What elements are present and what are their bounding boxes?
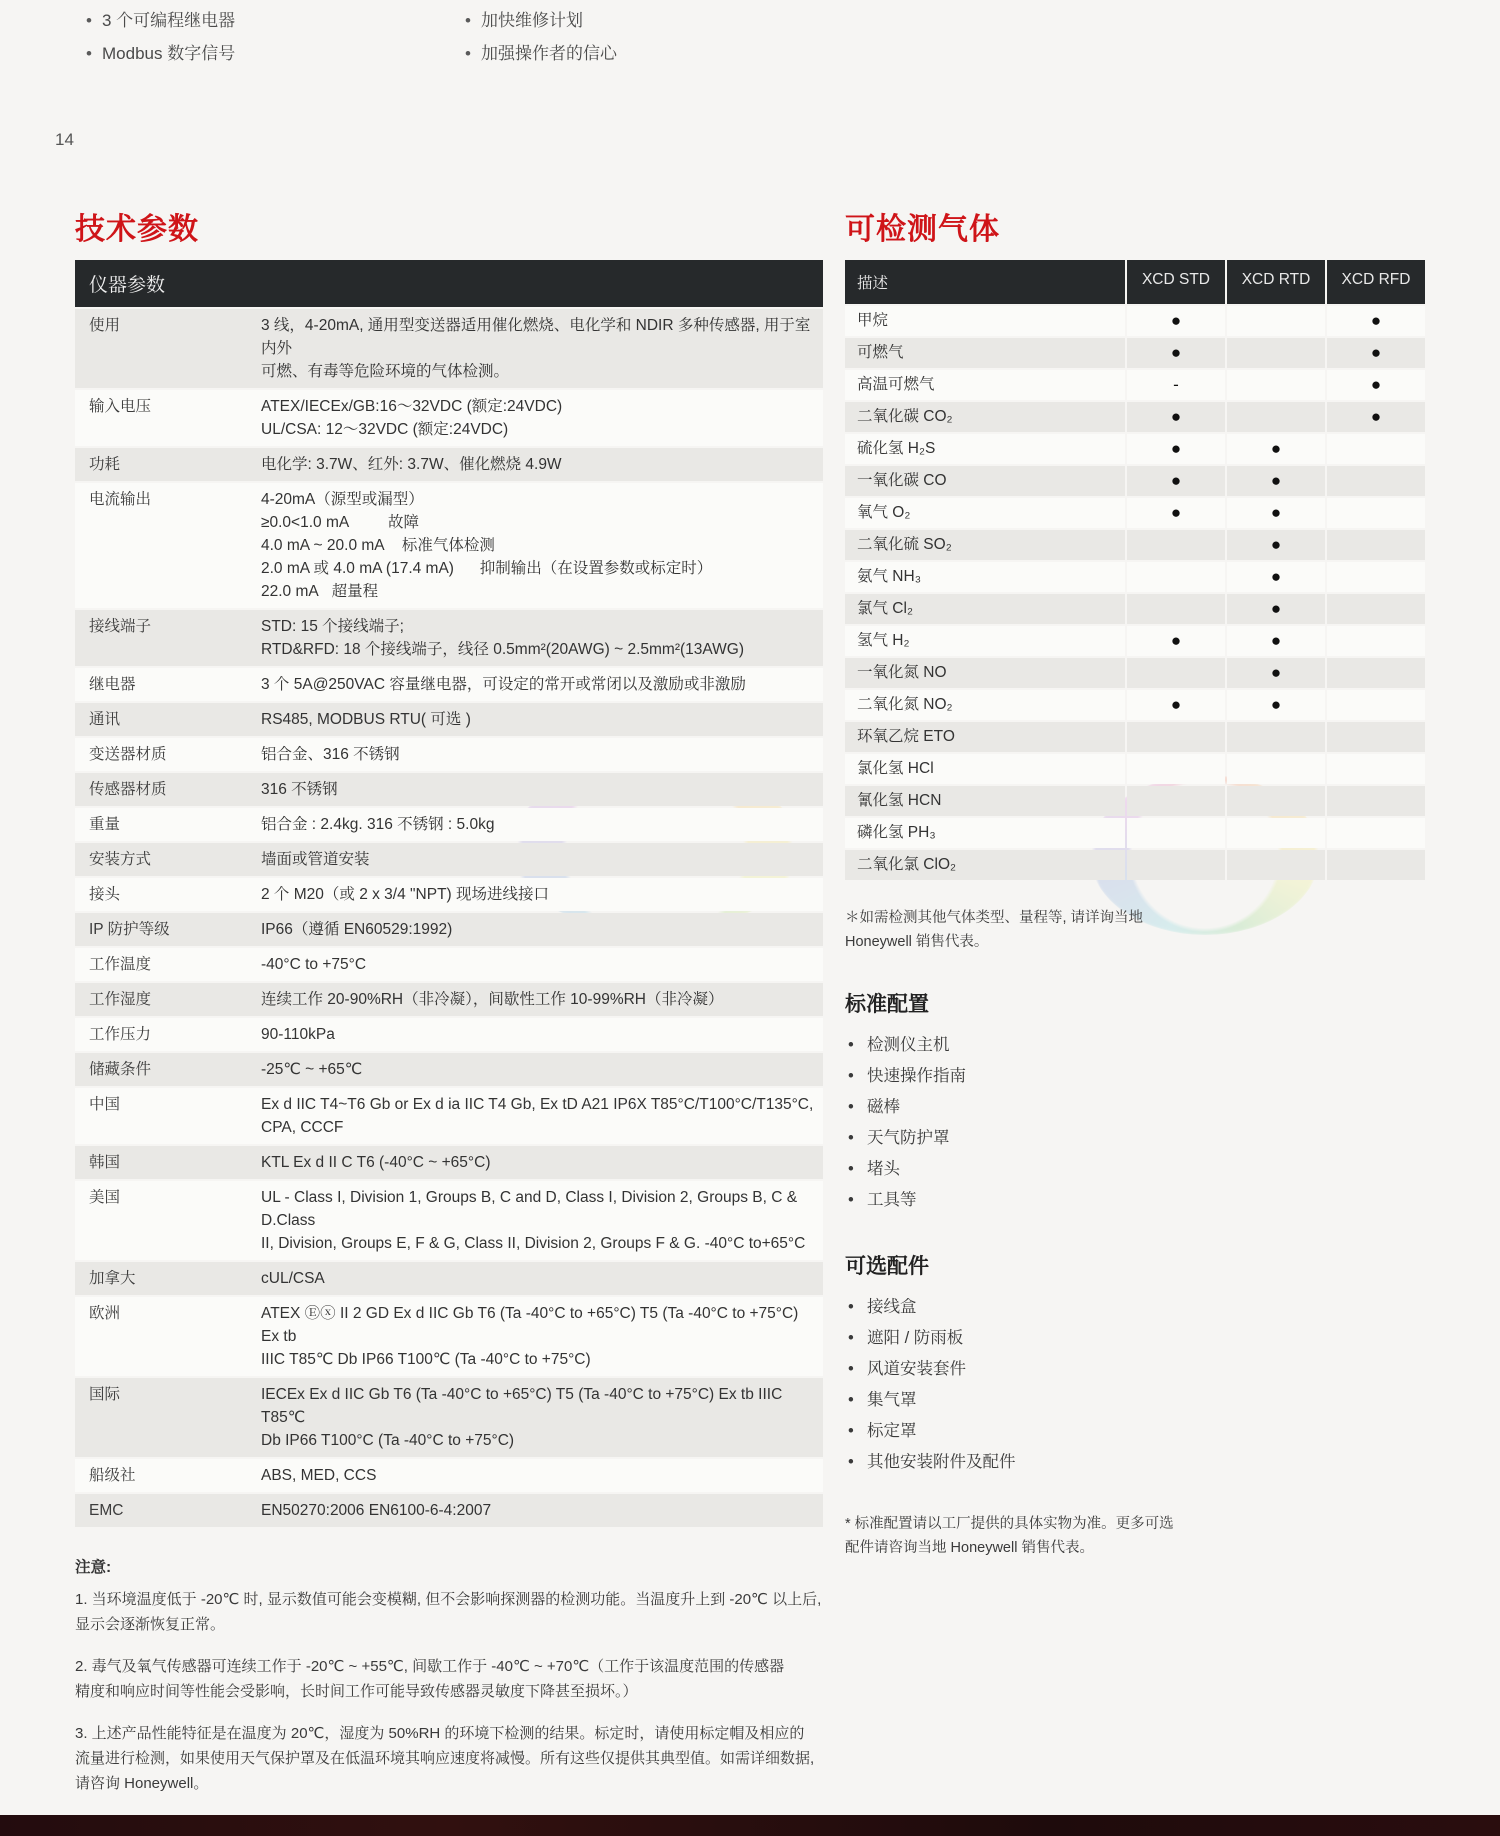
- parameter-value: IP66（遵循 EN60529:1992): [261, 913, 823, 946]
- parameter-value: 连续工作 20-90%RH（非冷凝），间歇性工作 10-99%RH（非冷凝）: [261, 983, 823, 1016]
- standard-config-list: 检测仪主机快速操作指南磁棒天气防护罩堵头工具等: [845, 1030, 1425, 1216]
- parameter-label: 功耗: [75, 448, 261, 481]
- optional-accessory-item: 接线盒: [845, 1292, 1425, 1323]
- gas-name: 一氧化碳 CO: [845, 466, 1125, 496]
- gas-xcd-rfd-mark: [1327, 690, 1425, 720]
- parameter-value: -25℃ ~ +65℃: [261, 1053, 823, 1086]
- gas-xcd-rtd-mark: ●: [1227, 530, 1325, 560]
- parameter-value: 2 个 M20（或 2 x 3/4 "NPT) 现场进线接口: [261, 878, 823, 911]
- parameter-label: IP 防护等级: [75, 913, 261, 946]
- gas-xcd-rfd-mark: [1327, 722, 1425, 752]
- parameter-value: 90-110kPa: [261, 1018, 823, 1051]
- parameter-value: RS485, MODBUS RTU( 可选 ): [261, 703, 823, 736]
- gas-xcd-rfd-mark: ●: [1327, 306, 1425, 336]
- table-row: 通讯 RS485, MODBUS RTU( 可选 ): [75, 703, 823, 736]
- gas-name: 氯气 Cl₂: [845, 594, 1125, 624]
- standard-config-item: 堵头: [845, 1154, 1425, 1185]
- parameter-label: 传感器材质: [75, 773, 261, 806]
- table-row: 工作压力 90-110kPa: [75, 1018, 823, 1051]
- table-row: 安装方式 墙面或管道安装: [75, 843, 823, 876]
- gas-row: 二氧化氯 ClO₂: [845, 850, 1425, 880]
- table-row: 变送器材质 铝合金、316 不锈钢: [75, 738, 823, 771]
- parameter-label: 安装方式: [75, 843, 261, 876]
- gas-xcd-std-mark: ●: [1127, 498, 1225, 528]
- gas-xcd-rfd-mark: [1327, 626, 1425, 656]
- parameter-value: UL - Class I, Division 1, Groups B, C an…: [261, 1181, 823, 1260]
- feature-item: 加强操作者的信心: [463, 37, 617, 70]
- gas-name: 二氧化氯 ClO₂: [845, 850, 1125, 880]
- parameter-label: 工作温度: [75, 948, 261, 981]
- gas-row: 氯气 Cl₂ ●: [845, 594, 1425, 624]
- table-row: 传感器材质 316 不锈钢: [75, 773, 823, 806]
- gas-xcd-std-mark: [1127, 658, 1225, 688]
- gas-xcd-std-mark: [1127, 754, 1225, 784]
- gas-name: 一氧化氮 NO: [845, 658, 1125, 688]
- notes-section: 注意: 1. 当环境温度低于 -20℃ 时, 显示数值可能会变模糊, 但不会影响…: [75, 1555, 837, 1796]
- column-header-xcd-std: XCD STD: [1127, 260, 1225, 304]
- gas-name: 高温可燃气: [845, 370, 1125, 400]
- parameter-label: 欧洲: [75, 1297, 261, 1376]
- standard-config-item: 磁棒: [845, 1092, 1425, 1123]
- gas-xcd-rtd-mark: [1227, 306, 1325, 336]
- parameter-value: ATEX Ⓔⓧ II 2 GD Ex d IIC Gb T6 (Ta -40°C…: [261, 1297, 823, 1376]
- gas-xcd-std-mark: ●: [1127, 626, 1225, 656]
- parameter-value: cUL/CSA: [261, 1262, 823, 1295]
- gases-footnote: ＊如需检测其他气体类型、量程等, 请详询当地 Honeywell 销售代表。: [845, 906, 1425, 954]
- detectable-gases-section: 可检测气体 描述 XCD STD XCD RTD XCD RFD 甲烷 ● ● …: [845, 204, 1425, 1560]
- gases-table-header: 描述 XCD STD XCD RTD XCD RFD: [845, 260, 1425, 304]
- gas-xcd-rtd-mark: ●: [1227, 562, 1325, 592]
- gases-table: 描述 XCD STD XCD RTD XCD RFD 甲烷 ● ● 可燃气 ● …: [845, 260, 1425, 880]
- parameter-value: 316 不锈钢: [261, 773, 823, 806]
- optional-accessories-title: 可选配件: [845, 1250, 1425, 1280]
- gas-xcd-std-mark: ●: [1127, 306, 1225, 336]
- gas-name: 氢气 H₂: [845, 626, 1125, 656]
- parameter-value: 4-20mA（源型或漏型） ≥0.0<1.0 mA 故障 4.0 mA ~ 20…: [261, 483, 823, 608]
- standard-config-item: 天气防护罩: [845, 1123, 1425, 1154]
- gas-xcd-rfd-mark: [1327, 498, 1425, 528]
- parameter-label: 工作湿度: [75, 983, 261, 1016]
- parameter-value: KTL Ex d II C T6 (-40°C ~ +65°C): [261, 1146, 823, 1179]
- gas-row: 氰化氢 HCN: [845, 786, 1425, 816]
- column-header-xcd-rtd: XCD RTD: [1227, 260, 1325, 304]
- gas-row: 氧气 O₂ ● ●: [845, 498, 1425, 528]
- parameter-value: 铝合金、316 不锈钢: [261, 738, 823, 771]
- parameter-value: Ex d IIC T4~T6 Gb or Ex d ia IIC T4 Gb, …: [261, 1088, 823, 1144]
- gas-row: 可燃气 ● ●: [845, 338, 1425, 368]
- gas-name: 氧气 O₂: [845, 498, 1125, 528]
- gas-xcd-std-mark: [1127, 594, 1225, 624]
- gas-name: 甲烷: [845, 306, 1125, 336]
- gas-name: 环氧乙烷 ETO: [845, 722, 1125, 752]
- parameter-label: 储藏条件: [75, 1053, 261, 1086]
- feature-list-right: 加快维修计划加强操作者的信心: [463, 4, 617, 70]
- gas-xcd-rtd-mark: ●: [1227, 626, 1325, 656]
- parameter-value: STD: 15 个接线端子; RTD&RFD: 18 个接线端子，线径 0.5m…: [261, 610, 823, 666]
- parameter-value: 铝合金 : 2.4kg. 316 不锈钢 : 5.0kg: [261, 808, 823, 841]
- note-1: 1. 当环境温度低于 -20℃ 时, 显示数值可能会变模糊, 但不会影响探测器的…: [75, 1587, 837, 1637]
- gas-xcd-std-mark: ●: [1127, 338, 1225, 368]
- parameter-label: 电流输出: [75, 483, 261, 608]
- gas-row: 二氧化氮 NO₂ ● ●: [845, 690, 1425, 720]
- gas-xcd-std-mark: ●: [1127, 466, 1225, 496]
- technical-parameters-title: 技术参数: [75, 204, 823, 248]
- gas-xcd-rtd-mark: ●: [1227, 658, 1325, 688]
- column-header-xcd-rfd: XCD RFD: [1327, 260, 1425, 304]
- table-row: 欧洲 ATEX Ⓔⓧ II 2 GD Ex d IIC Gb T6 (Ta -4…: [75, 1297, 823, 1376]
- parameter-label: 输入电压: [75, 390, 261, 446]
- gas-name: 可燃气: [845, 338, 1125, 368]
- note-2: 2. 毒气及氧气传感器可连续工作于 -20℃ ~ +55℃, 间歇工作于 -40…: [75, 1654, 837, 1704]
- gas-xcd-rfd-mark: [1327, 562, 1425, 592]
- parameter-label: 使用: [75, 309, 261, 388]
- gas-xcd-rfd-mark: [1327, 466, 1425, 496]
- gas-xcd-rtd-mark: ●: [1227, 434, 1325, 464]
- gas-xcd-std-mark: [1127, 562, 1225, 592]
- parameter-label: 美国: [75, 1181, 261, 1260]
- feature-list-left: 3 个可编程继电器Modbus 数字信号: [84, 4, 235, 70]
- gas-name: 硫化氢 H₂S: [845, 434, 1125, 464]
- gas-row: 硫化氢 H₂S ● ●: [845, 434, 1425, 464]
- gas-xcd-rtd-mark: [1227, 786, 1325, 816]
- gas-xcd-std-mark: ●: [1127, 402, 1225, 432]
- gas-row: 氢气 H₂ ● ●: [845, 626, 1425, 656]
- gas-xcd-rtd-mark: [1227, 754, 1325, 784]
- gas-xcd-rtd-mark: [1227, 850, 1325, 880]
- gas-xcd-rfd-mark: [1327, 530, 1425, 560]
- gas-name: 氨气 NH₃: [845, 562, 1125, 592]
- gas-xcd-rtd-mark: ●: [1227, 498, 1325, 528]
- parameter-label: 通讯: [75, 703, 261, 736]
- gas-xcd-rtd-mark: [1227, 402, 1325, 432]
- notes-title: 注意:: [75, 1555, 837, 1577]
- standard-config-title: 标准配置: [845, 988, 1425, 1018]
- parameter-value: ATEX/IECEx/GB:16～32VDC (额定:24VDC) UL/CSA…: [261, 390, 823, 446]
- gas-xcd-rfd-mark: [1327, 786, 1425, 816]
- gas-xcd-std-mark: [1127, 530, 1225, 560]
- parameter-value: 3 个 5A@250VAC 容量继电器，可设定的常开或常闭以及激励或非激励: [261, 668, 823, 701]
- gas-row: 一氧化氮 NO ●: [845, 658, 1425, 688]
- gas-xcd-std-mark: [1127, 786, 1225, 816]
- gas-name: 二氧化碳 CO₂: [845, 402, 1125, 432]
- instrument-parameters-table: 仪器参数 使用 3 线，4-20mA, 通用型变送器适用催化燃烧、电化学和 ND…: [75, 260, 823, 1527]
- feature-item: 3 个可编程继电器: [84, 4, 235, 37]
- optional-accessories-section: 可选配件 接线盒遮阳 / 防雨板风道安装套件集气罩标定罩其他安装附件及配件 * …: [845, 1250, 1425, 1560]
- parameter-label: 中国: [75, 1088, 261, 1144]
- detectable-gases-title: 可检测气体: [845, 204, 1425, 248]
- gas-row: 二氧化碳 CO₂ ● ●: [845, 402, 1425, 432]
- table-row: 船级社 ABS, MED, CCS: [75, 1459, 823, 1492]
- parameter-label: 接线端子: [75, 610, 261, 666]
- parameter-value: 电化学: 3.7W、红外: 3.7W、催化燃烧 4.9W: [261, 448, 823, 481]
- optional-accessory-item: 遮阳 / 防雨板: [845, 1323, 1425, 1354]
- gas-xcd-rfd-mark: ●: [1327, 402, 1425, 432]
- gas-xcd-std-mark: [1127, 722, 1225, 752]
- gas-xcd-rfd-mark: ●: [1327, 338, 1425, 368]
- gas-xcd-rfd-mark: ●: [1327, 370, 1425, 400]
- table-row: 加拿大 cUL/CSA: [75, 1262, 823, 1295]
- table-row: 电流输出 4-20mA（源型或漏型） ≥0.0<1.0 mA 故障 4.0 mA…: [75, 483, 823, 608]
- gas-row: 甲烷 ● ●: [845, 306, 1425, 336]
- table-row: 接头 2 个 M20（或 2 x 3/4 "NPT) 现场进线接口: [75, 878, 823, 911]
- parameter-value: 3 线，4-20mA, 通用型变送器适用催化燃烧、电化学和 NDIR 多种传感器…: [261, 309, 823, 388]
- gas-xcd-rtd-mark: ●: [1227, 690, 1325, 720]
- table-row: 使用 3 线，4-20mA, 通用型变送器适用催化燃烧、电化学和 NDIR 多种…: [75, 309, 823, 388]
- parameter-label: 变送器材质: [75, 738, 261, 771]
- table-row: 重量 铝合金 : 2.4kg. 316 不锈钢 : 5.0kg: [75, 808, 823, 841]
- gas-name: 氯化氢 HCl: [845, 754, 1125, 784]
- gas-row: 高温可燃气 - ●: [845, 370, 1425, 400]
- note-3: 3. 上述产品性能特征是在温度为 20℃，湿度为 50%RH 的环境下检测的结果…: [75, 1721, 837, 1796]
- parameter-label: 继电器: [75, 668, 261, 701]
- parameter-value: -40°C to +75°C: [261, 948, 823, 981]
- feature-item: Modbus 数字信号: [84, 37, 235, 70]
- parameter-label: 船级社: [75, 1459, 261, 1492]
- optional-accessories-list: 接线盒遮阳 / 防雨板风道安装套件集气罩标定罩其他安装附件及配件: [845, 1292, 1425, 1478]
- standard-config-item: 工具等: [845, 1185, 1425, 1216]
- gas-xcd-rtd-mark: [1227, 818, 1325, 848]
- parameter-label: 韩国: [75, 1146, 261, 1179]
- technical-parameters-section: 技术参数 仪器参数 使用 3 线，4-20mA, 通用型变送器适用催化燃烧、电化…: [75, 204, 823, 1813]
- gas-xcd-std-mark: [1127, 818, 1225, 848]
- gas-row: 二氧化硫 SO₂ ●: [845, 530, 1425, 560]
- gas-row: 环氧乙烷 ETO: [845, 722, 1425, 752]
- table-row: 储藏条件 -25℃ ~ +65℃: [75, 1053, 823, 1086]
- optional-accessory-item: 集气罩: [845, 1385, 1425, 1416]
- parameter-label: 国际: [75, 1378, 261, 1457]
- parameter-label: EMC: [75, 1494, 261, 1527]
- parameter-label: 工作压力: [75, 1018, 261, 1051]
- page-number: 14: [55, 130, 74, 150]
- parameter-label: 接头: [75, 878, 261, 911]
- gas-row: 氨气 NH₃ ●: [845, 562, 1425, 592]
- optional-accessory-item: 风道安装套件: [845, 1354, 1425, 1385]
- standard-config-item: 快速操作指南: [845, 1061, 1425, 1092]
- gas-name: 二氧化硫 SO₂: [845, 530, 1125, 560]
- parameter-value: EN50270:2006 EN6100-6-4:2007: [261, 1494, 823, 1527]
- table-row: 输入电压 ATEX/IECEx/GB:16～32VDC (额定:24VDC) U…: [75, 390, 823, 446]
- parameter-label: 重量: [75, 808, 261, 841]
- optional-accessory-item: 其他安装附件及配件: [845, 1447, 1425, 1478]
- parameter-label: 加拿大: [75, 1262, 261, 1295]
- table-row: 工作湿度 连续工作 20-90%RH（非冷凝），间歇性工作 10-99%RH（非…: [75, 983, 823, 1016]
- parameter-value: ABS, MED, CCS: [261, 1459, 823, 1492]
- parameter-value: IECEx Ex d IIC Gb T6 (Ta -40°C to +65°C)…: [261, 1378, 823, 1457]
- table-row: 功耗 电化学: 3.7W、红外: 3.7W、催化燃烧 4.9W: [75, 448, 823, 481]
- table-header-instrument-parameters: 仪器参数: [75, 260, 823, 307]
- gas-row: 氯化氢 HCl: [845, 754, 1425, 784]
- optional-footnote: * 标准配置请以工厂提供的具体实物为准。更多可选 配件请咨询当地 Honeywe…: [845, 1512, 1425, 1560]
- gas-xcd-std-mark: ●: [1127, 690, 1225, 720]
- gas-xcd-rtd-mark: ●: [1227, 594, 1325, 624]
- optional-accessory-item: 标定罩: [845, 1416, 1425, 1447]
- gas-xcd-rfd-mark: [1327, 658, 1425, 688]
- table-row: 继电器 3 个 5A@250VAC 容量继电器，可设定的常开或常闭以及激励或非激…: [75, 668, 823, 701]
- gases-table-rows: 甲烷 ● ● 可燃气 ● ● 高温可燃气 - ●: [845, 306, 1425, 880]
- gas-name: 氰化氢 HCN: [845, 786, 1125, 816]
- table-row: 美国 UL - Class I, Division 1, Groups B, C…: [75, 1181, 823, 1260]
- table-row: 工作温度 -40°C to +75°C: [75, 948, 823, 981]
- table-row: IP 防护等级 IP66（遵循 EN60529:1992): [75, 913, 823, 946]
- gas-xcd-rfd-mark: [1327, 594, 1425, 624]
- column-header-description: 描述: [845, 260, 1125, 304]
- table-row: 接线端子 STD: 15 个接线端子; RTD&RFD: 18 个接线端子，线径…: [75, 610, 823, 666]
- gas-xcd-rfd-mark: [1327, 818, 1425, 848]
- gas-xcd-rtd-mark: [1227, 370, 1325, 400]
- gas-row: 一氧化碳 CO ● ●: [845, 466, 1425, 496]
- gas-name: 磷化氢 PH₃: [845, 818, 1125, 848]
- standard-config-section: 标准配置 检测仪主机快速操作指南磁棒天气防护罩堵头工具等: [845, 988, 1425, 1216]
- gas-xcd-std-mark: [1127, 850, 1225, 880]
- gas-xcd-rfd-mark: [1327, 434, 1425, 464]
- tech-table-rows: 使用 3 线，4-20mA, 通用型变送器适用催化燃烧、电化学和 NDIR 多种…: [75, 309, 823, 1527]
- parameter-value: 墙面或管道安装: [261, 843, 823, 876]
- gas-xcd-std-mark: ●: [1127, 434, 1225, 464]
- table-row: 国际 IECEx Ex d IIC Gb T6 (Ta -40°C to +65…: [75, 1378, 823, 1457]
- gas-name: 二氧化氮 NO₂: [845, 690, 1125, 720]
- gas-xcd-rfd-mark: [1327, 754, 1425, 784]
- gas-xcd-rtd-mark: [1227, 338, 1325, 368]
- gas-row: 磷化氢 PH₃: [845, 818, 1425, 848]
- feature-item: 加快维修计划: [463, 4, 617, 37]
- standard-config-item: 检测仪主机: [845, 1030, 1425, 1061]
- gas-xcd-rfd-mark: [1327, 850, 1425, 880]
- table-row: 韩国 KTL Ex d II C T6 (-40°C ~ +65°C): [75, 1146, 823, 1179]
- table-row: 中国 Ex d IIC T4~T6 Gb or Ex d ia IIC T4 G…: [75, 1088, 823, 1144]
- bottom-bar: [0, 1815, 1500, 1836]
- table-row: EMC EN50270:2006 EN6100-6-4:2007: [75, 1494, 823, 1527]
- gas-xcd-rtd-mark: [1227, 722, 1325, 752]
- gas-xcd-rtd-mark: ●: [1227, 466, 1325, 496]
- gas-xcd-std-mark: -: [1127, 370, 1225, 400]
